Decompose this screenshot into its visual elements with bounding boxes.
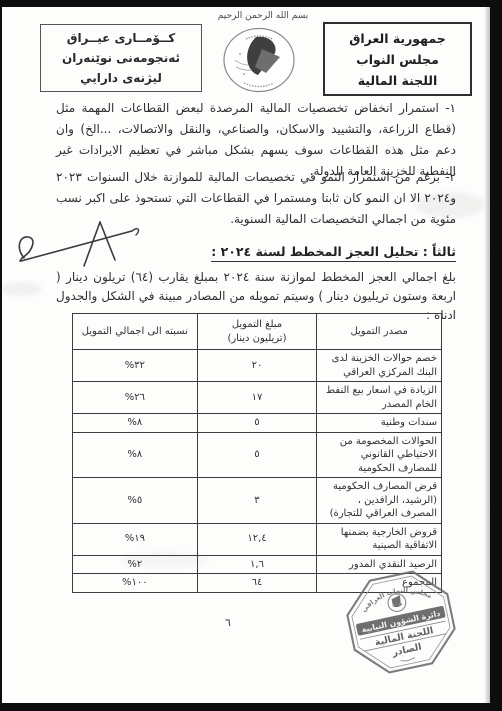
cell-amount: ١,٦ [197,555,317,574]
handwritten-signature [8,218,143,274]
octagonal-stamp-icon: مجلس النواب العراقي دائرة الشؤون النيابي… [337,562,465,683]
col-header-ratio: نسبته الى اجمالي التمويل [73,314,198,350]
header-box-arabic: جمهورية العراق مجلس النواب اللجنة المالي… [323,22,472,96]
ratio-value: %١٩ [125,532,145,546]
cell-amount: ٢٠ [197,350,317,382]
cell-ratio: %٨ [73,414,198,433]
ratio-value: %١٠٠ [122,576,148,590]
scan-edge-bottom [0,703,502,711]
scan-edge-right [490,0,502,711]
header-line-council-ku: ئەنجومەنى نوێنەران [41,48,201,68]
col-header-amount-line2: (تريليون دينار) [200,332,315,346]
scan-smudge [0,282,42,296]
table-row: الحوالات المخصومة من الاحتياطي القانوني … [73,432,442,478]
col-header-amount-line1: مبلغ التمويل [200,318,315,332]
table-row: الرصيد النقدي المدور ١,٦ %٢ [73,555,442,574]
amount-value: ١٧ [252,391,263,405]
cell-source: الزيادة في اسعار بيع النفط الخام المصدر [317,382,442,414]
signature-icon [8,218,143,274]
scan-edge-top [0,0,502,7]
page-number: ٦ [220,616,236,629]
col-header-source: مصدر التمويل [317,314,442,350]
svg-text:مجلس النواب العراقي: مجلس النواب العراقي [357,580,434,615]
cell-source: قروض الخارجية بضمنها الاتفاقية الصينية [317,523,442,555]
stamp-curved-text: مجلس النواب العراقي [357,580,434,615]
cell-amount: ١٢,٤ [197,523,317,555]
cell-amount: ٥ [197,432,317,478]
amount-value: ١٢,٤ [247,532,266,546]
cell-amount: ٣ [197,478,317,524]
cell-amount: ٥ [197,414,317,433]
header-line-council: مجلس النواب [325,49,470,70]
amount-value: ٥ [254,448,259,462]
ratio-value: %٨ [127,416,142,430]
scan-edge-left [0,0,2,711]
header-line-country-ku: كــۆمــارى عيــراق [41,28,201,48]
section-heading: ثالثاً : تحليل العجز المخطط لسنة ٢٠٢٤ : [211,244,456,262]
col-header-amount: مبلغ التمويل (تريليون دينار) [197,314,317,350]
header-line-country: جمهورية العراق [325,28,470,49]
cell-ratio: %٨ [73,432,198,478]
amount-value: ٥ [254,416,259,430]
amount-value: ٦٤ [252,576,263,590]
header-line-committee-ku: ليژنەى دارايي [41,68,201,88]
ratio-value: %٢ [127,558,142,572]
cell-source: الحوالات المخصومة من الاحتياطي القانوني … [317,432,442,478]
amount-value: ٣ [254,494,259,508]
table-header-row: مصدر التمويل مبلغ التمويل (تريليون دينار… [73,314,442,350]
ratio-value: %٣٢ [125,359,145,373]
cell-ratio: %١٩ [73,523,198,555]
financing-sources-table: مصدر التمويل مبلغ التمويل (تريليون دينار… [72,313,442,593]
bismillah-text: بسم الله الرحمن الرحيم [208,11,318,21]
parliament-seal-icon [222,27,296,93]
cell-source: سندات وطنية [317,414,442,433]
cell-source: خصم حوالات الخزينة لدى البنك المركزي الع… [317,350,442,382]
table-row: الزيادة في اسعار بيع النفط الخام المصدر … [73,382,442,414]
table-row: قروض الخارجية بضمنها الاتفاقية الصينية ١… [73,523,442,555]
cell-ratio: %٣٢ [73,350,198,382]
table-row: قرض المصارف الحكومية (الرشيد، الرافدين ،… [73,478,442,524]
document-page: بسم الله الرحمن الرحيم جمهورية العراق مج… [0,0,502,711]
cell-ratio: %٢ [73,555,198,574]
committee-stamp: مجلس النواب العراقي دائرة الشؤون النيابي… [337,562,465,683]
ratio-value: %٥ [127,494,142,508]
cell-source: قرض المصارف الحكومية (الرشيد، الرافدين ،… [317,478,442,524]
cell-ratio: %٥ [73,478,198,524]
cell-amount: ١٧ [197,382,317,414]
header-box-kurdish: كــۆمــارى عيــراق ئەنجومەنى نوێنەران لي… [40,24,202,92]
parliament-seal-logo [222,27,296,93]
cell-ratio-total: %١٠٠ [73,574,198,593]
header-line-committee: اللجنة المالية [325,70,470,91]
cell-ratio: %٢٦ [73,382,198,414]
amount-value: ٢٠ [252,359,263,373]
ratio-value: %٢٦ [125,391,145,405]
amount-value: ١,٦ [250,558,264,572]
table-row: خصم حوالات الخزينة لدى البنك المركزي الع… [73,350,442,382]
table-row: سندات وطنية ٥ %٨ [73,414,442,433]
ratio-value: %٨ [127,448,142,462]
cell-amount-total: ٦٤ [197,574,317,593]
